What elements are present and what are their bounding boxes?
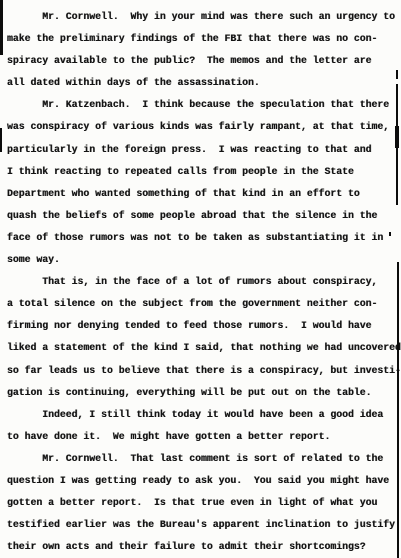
document-line: a total silence on the subject from the … [7,293,401,315]
scan-mark-right-dash [396,70,398,79]
document-line: face of those rumors was not to be taken… [7,227,401,249]
scan-mark-left-top [0,0,3,55]
document-line: was conspiracy of various kinds was fair… [7,116,401,138]
scan-mark-right-blob [395,126,399,148]
scan-mark-left-middle [0,128,2,152]
document-line: some way. [7,249,401,271]
transcript-page: Mr. Cornwell. Why in your mind was there… [0,0,401,558]
document-line: quash the beliefs of some people abroad … [7,205,401,227]
document-line: gation is continuing, everything will be… [7,382,401,404]
document-line: Mr. Katzenbach. I think because the spec… [7,94,401,116]
document-line: That is, in the face of a lot of rumors … [7,271,401,293]
scan-mark-right-line-lower [397,262,399,558]
document-line: Mr. Cornwell. That last comment is sort … [7,448,401,470]
document-line: Department who wanted something of that … [7,183,401,205]
document-line: Indeed, I still think today it would hav… [7,404,401,426]
transcript-text-block: Mr. Cornwell. Why in your mind was there… [7,6,401,558]
document-line: question I was getting ready to ask you.… [7,470,401,492]
document-line: spiracy available to the public? The mem… [7,50,401,72]
document-line: Mr. Cornwell. Why in your mind was there… [7,6,401,28]
document-line: particularly in the foreign press. I was… [7,139,401,161]
document-line: I think reacting to repeated calls from … [7,161,401,183]
document-line: testified earlier was the Bureau's appar… [7,514,401,536]
document-line: all dated within days of the assassinati… [7,72,401,94]
document-line: gotten a better report. Is that true eve… [7,492,401,514]
document-line: so far leads us to believe that there is… [7,360,401,382]
document-line: their own acts and their failure to admi… [7,536,401,558]
document-line: firming nor denying tended to feed those… [7,315,401,337]
document-line: to have done it. We might have gotten a … [7,426,401,448]
document-line: liked a statement of the kind I said, th… [7,337,401,359]
document-line: make the preliminary findings of the FBI… [7,28,401,50]
scan-mark-right-dot [389,232,391,236]
